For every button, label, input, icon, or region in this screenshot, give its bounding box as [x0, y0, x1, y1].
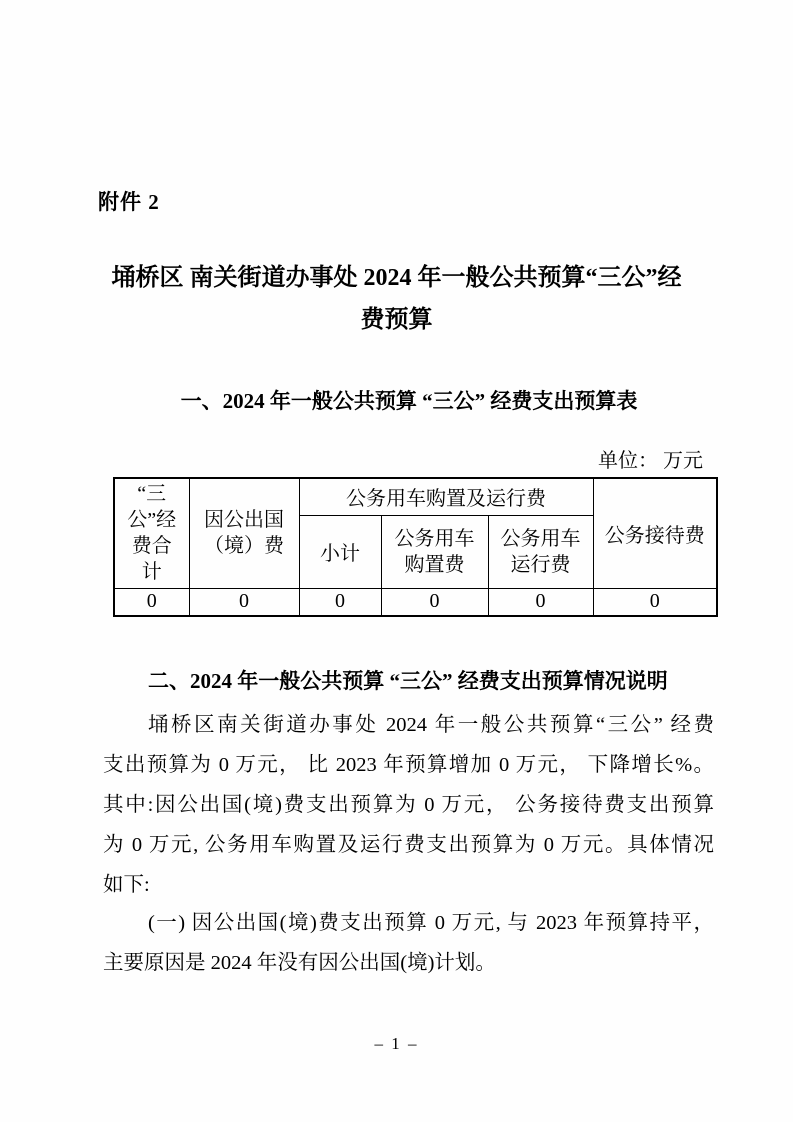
title-line-2: 费预算: [0, 299, 793, 341]
text-line: 主要原因是 2024 年没有因公出国(境)计划。: [103, 943, 714, 983]
text-line: 支出预算为 0 万元， 比 2023 年预算增加 0 万元， 下降增长%。: [103, 745, 714, 785]
value-abroad: 0: [189, 588, 299, 616]
header-vehicle-group: 公务用车购置及运行费: [299, 478, 593, 515]
header-reception: 公务接待费: [593, 478, 717, 588]
value-total: 0: [114, 588, 189, 616]
title-line-1: 埇桥区 南关街道办事处 2024 年一般公共预算“三公”经: [0, 257, 793, 299]
header-abroad: 因公出国 （境）费: [189, 478, 299, 588]
value-reception: 0: [593, 588, 717, 616]
section-2-heading: 二、2024 年一般公共预算 “三公” 经费支出预算情况说明: [103, 666, 715, 696]
text-line: (一) 因公出国(境)费支出预算 0 万元, 与 2023 年预算持平，: [103, 903, 714, 943]
section-1-heading: 一、2024 年一般公共预算 “三公” 经费支出预算表: [103, 386, 715, 416]
header-row-1: “三 公”经 费合 计 因公出国 （境）费 公务用车购置及运行费 公务接待费: [114, 478, 717, 515]
text-line: 其中:因公出国(境)费支出预算为 0 万元， 公务接待费支出预算: [103, 785, 714, 825]
document-title: 埇桥区 南关街道办事处 2024 年一般公共预算“三公”经 费预算: [0, 257, 793, 341]
header-vehicle-operation: 公务用车 运行费: [488, 515, 593, 588]
header-total: “三 公”经 费合 计: [114, 478, 189, 588]
value-vehicle-purchase: 0: [381, 588, 488, 616]
page-number: – 1 –: [0, 1031, 793, 1057]
header-vehicle-subtotal: 小计: [299, 515, 381, 588]
paragraph-1: 埇桥区南关街道办事处 2024 年一般公共预算“三公” 经费 支出预算为 0 万…: [103, 705, 714, 905]
table-data-row: 0 0 0 0 0 0: [114, 588, 717, 616]
text-line: 如下:: [103, 865, 714, 905]
value-vehicle-operation: 0: [488, 588, 593, 616]
text-line: 埇桥区南关街道办事处 2024 年一般公共预算“三公” 经费: [103, 705, 714, 745]
paragraph-2: (一) 因公出国(境)费支出预算 0 万元, 与 2023 年预算持平， 主要原…: [103, 903, 714, 983]
document-page: 附件 2 埇桥区 南关街道办事处 2024 年一般公共预算“三公”经 费预算 一…: [0, 0, 793, 1122]
attachment-label: 附件 2: [98, 189, 160, 215]
unit-label: 单位： 万元: [103, 447, 703, 475]
value-vehicle-subtotal: 0: [299, 588, 381, 616]
header-vehicle-purchase: 公务用车 购置费: [381, 515, 488, 588]
budget-table: “三 公”经 费合 计 因公出国 （境）费 公务用车购置及运行费 公务接待费 小…: [113, 477, 718, 617]
text-line: 为 0 万元, 公务用车购置及运行费支出预算为 0 万元。具体情况: [103, 825, 714, 865]
